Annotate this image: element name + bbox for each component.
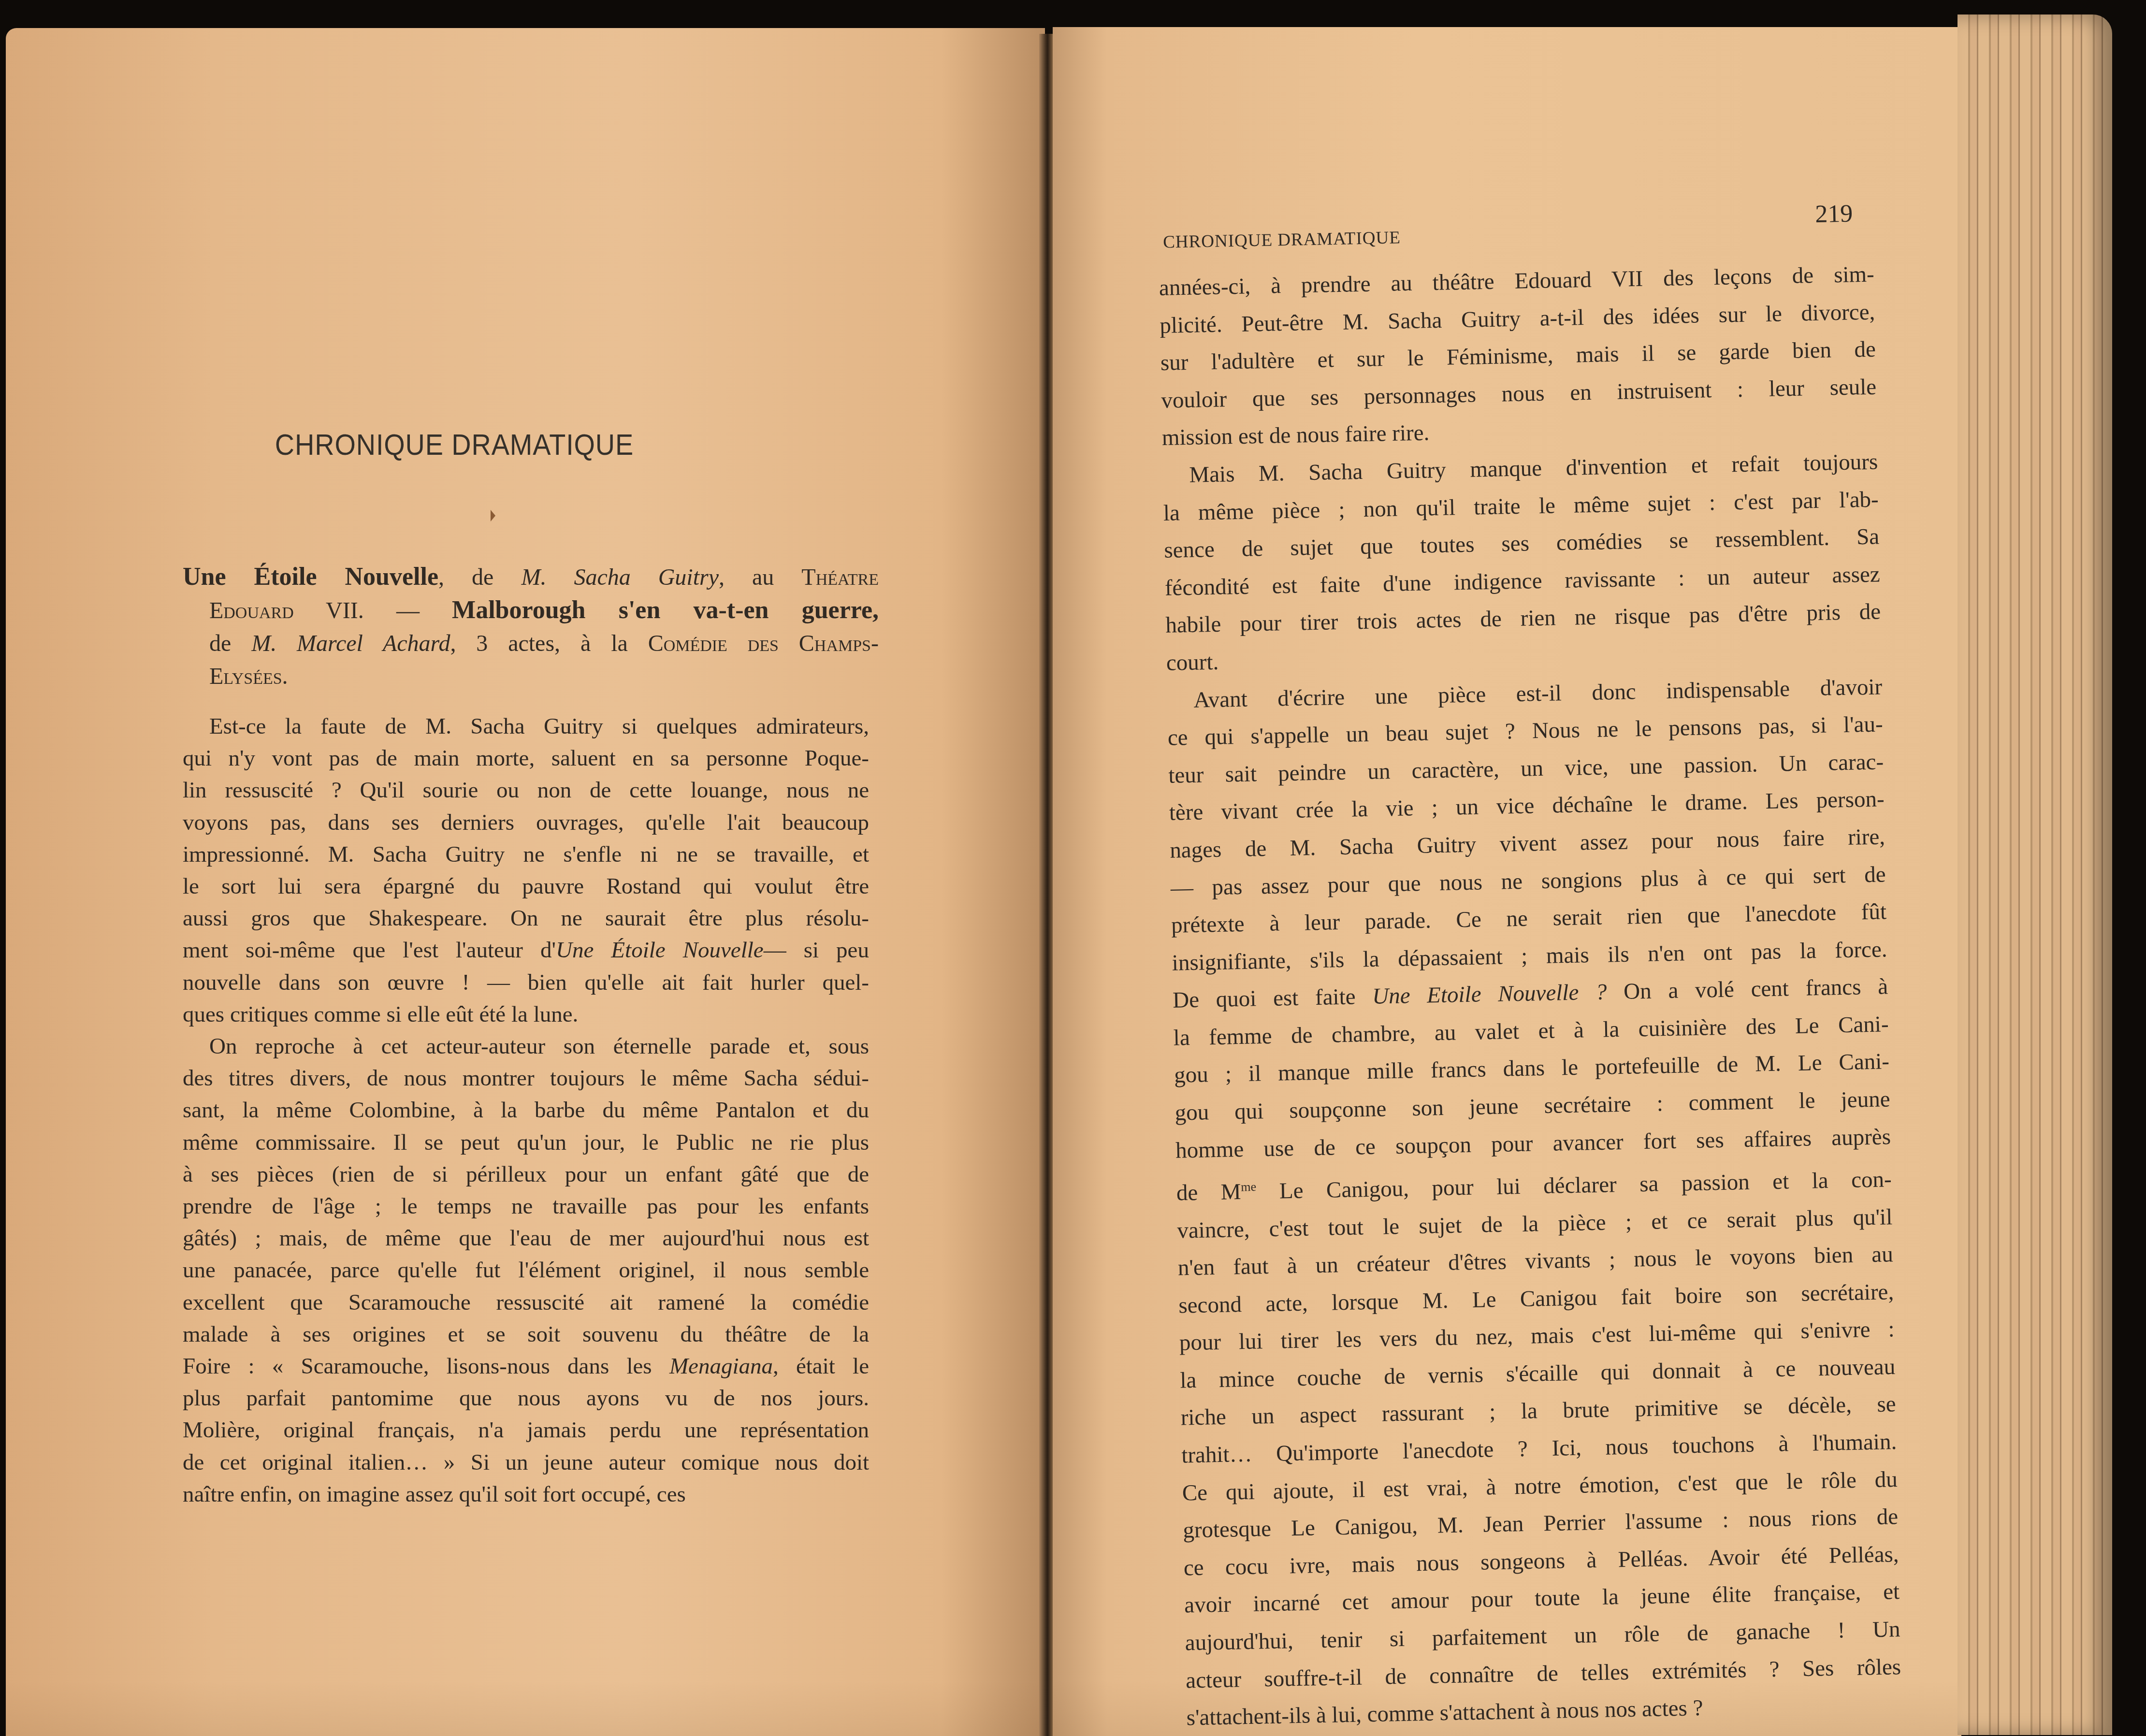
running-head: CHRONIQUE DRAMATIQUE [1163,227,1401,252]
text-segment: teur sait peindre un caractère, un vice,… [1168,749,1884,788]
text-segment: aussi gros que Shakespeare. On ne saurai… [183,906,869,931]
text-line: lin ressuscité ? Qu'il sourie ou non de … [183,774,869,806]
text-line: impressionné. M. Sacha Guitry ne s'enfle… [183,839,869,870]
text-segment: nouvelle dans son œuvre ! — bien qu'elle… [183,970,869,995]
italic-title: Une Étoile Nouvelle [556,938,764,963]
text-segment: , était le [773,1354,869,1379]
heading-text: , 3 actes, à la [450,631,648,656]
text-segment: qui n'y vont pas de main morte, saluent … [183,746,869,771]
text-line: Molière, original français, n'a jamais p… [183,1414,869,1446]
theatre-2: Comédie des Champs- [648,631,879,656]
text-segment: fécondité est faite d'une indigence ravi… [1164,562,1880,600]
text-line: naître enfin, on imagine assez qu'il soi… [183,1478,869,1510]
text-segment: vouloir que ses personnages nous en inst… [1161,374,1877,413]
text-segment: tère vivant crée la vie ; un vice déchaî… [1169,787,1885,825]
heading-text: , au [719,564,801,590]
text-segment: Mais M. Sacha Guitry manque d'invention … [1189,449,1878,487]
text-segment: lin ressuscité ? Qu'il sourie ou non de … [183,778,869,803]
text-line: plus parfait pantomime que nous ayons vu… [183,1382,869,1414]
ornament-icon [491,510,495,521]
chapter-title: CHRONIQUE DRAMATIQUE [45,428,863,462]
right-page-content: CHRONIQUE DRAMATIQUE 219 années-ci, à pr… [1158,199,1913,1517]
page-shading [6,1681,1045,1736]
text-segment: excellent que Scaramouche ressuscité ait… [183,1290,869,1315]
text-segment: ques critiques comme si elle eût été la … [183,1002,578,1027]
text-segment: malade à ses origines et se soit souvenu… [183,1322,869,1347]
text-segment: naître enfin, on imagine assez qu'il soi… [183,1482,686,1507]
text-segment: Ce qui ajoute, il est vrai, à notre émot… [1182,1467,1898,1505]
author-1: M. Sacha Guitry [521,564,719,590]
text-line: voyons pas, dans ses derniers ouvrages, … [183,807,869,839]
text-segment: sur l'adultère et sur le Féminisme, mais… [1160,337,1876,376]
text-line: sant, la même Colombine, à la barbe du m… [183,1094,869,1126]
text-segment: habile pour tirer trois actes de rien ne… [1165,599,1881,638]
text-segment: la mince couche de vernis s'écaille qui … [1180,1354,1896,1393]
play-title-2: Malborough s'en va-t-en guerre, [452,596,879,624]
text-segment: On reproche à cet acteur-auteur son éter… [209,1034,869,1059]
page-number: 219 [1815,199,1853,228]
text-segment: de Mme Le Canigou, pour lui déclarer sa … [1176,1167,1892,1205]
right-body-text: années-ci, à prendre au théâtre Edouard … [1159,256,1902,1736]
text-segment: des titres divers, de nous montrer toujo… [183,1066,869,1091]
text-segment: pour lui tirer les vers du nez, mais c'e… [1179,1316,1895,1355]
text-segment: ce cocu ivre, mais nous songeons à Pellé… [1183,1542,1899,1580]
text-segment: gâtés) ; mais, de même que l'eau de mer … [183,1226,869,1251]
text-segment: plicité. Peut-être M. Sacha Guitry a-t-i… [1160,299,1875,338]
text-segment: années-ci, à prendre au théâtre Edouard … [1159,262,1874,301]
text-segment: la femme de chambre, au valet et à la cu… [1173,1012,1889,1050]
text-line: à ses pièces (rien de si périlleux pour … [183,1158,869,1190]
text-segment: grotesque Le Canigou, M. Jean Perrier l'… [1183,1504,1899,1543]
text-line: ques critiques comme si elle eût été la … [183,998,869,1030]
left-body-text: Est-ce la faute de M. Sacha Guitry si qu… [183,710,869,1510]
superscript: me [1241,1180,1256,1194]
theatre-1: Théatre [801,564,879,590]
heading-text: , de [438,564,521,590]
text-segment: riche un aspect rassurant ; la brute pri… [1180,1392,1896,1431]
text-segment: une panacée, parce qu'elle fut l'élément… [183,1258,869,1283]
text-segment: gou qui soupçonne son jeune secrétaire :… [1174,1086,1890,1125]
text-line: ment soi-même que l'est l'auteur d'Une É… [183,934,869,966]
text-segment: trahit… Qu'importe l'anecdote ? Ici, nou… [1181,1429,1897,1468]
text-line: Est-ce la faute de M. Sacha Guitry si qu… [183,710,869,742]
text-line: On reproche à cet acteur-auteur son éter… [183,1030,869,1062]
text-segment: vaincre, c'est tout le sujet de la pièce… [1177,1204,1893,1243]
text-line: de cet original italien… » Si un jeune a… [183,1447,869,1478]
text-segment: De quoi est faite [1173,984,1373,1013]
italic-title: Une Etoile Nouvelle ? [1372,980,1607,1009]
text-segment: — si peu [764,938,869,963]
text-segment: la même pièce ; non qu'il traite le même… [1163,487,1879,525]
text-segment: le sort lui sera épargné du pauvre Rosta… [183,874,869,899]
theatre-1-cont: Edouard VII. — [209,598,452,623]
text-segment: mission est de nous faire rire. [1161,420,1429,451]
text-segment: ment soi-même que l'est l'auteur d' [183,938,556,963]
text-line: une panacée, parce qu'elle fut l'élément… [183,1254,869,1286]
text-segment: Est-ce la faute de M. Sacha Guitry si qu… [209,714,869,739]
text-line: nouvelle dans son œuvre ! — bien qu'elle… [183,967,869,998]
author-2: M. Marcel Achard [251,631,450,656]
text-segment: Avant d'écrire une pièce est-il donc ind… [1193,674,1883,712]
text-line: aussi gros que Shakespeare. On ne saurai… [183,902,869,934]
text-segment: insignifiante, s'ils la dépassaient ; ma… [1172,937,1887,975]
text-segment: acteur souffre-t-il de connaître de tell… [1186,1654,1901,1693]
text-segment: gou ; il manque mille francs dans le por… [1174,1049,1890,1088]
text-segment: plus parfait pantomime que nous ayons vu… [183,1386,869,1411]
text-line: prendre de l'âge ; le temps ne travaille… [183,1190,869,1222]
text-segment: à ses pièces (rien de si périlleux pour … [183,1162,869,1187]
text-segment: Molière, original français, n'a jamais p… [183,1418,869,1443]
text-segment: On a volé cent francs à [1607,974,1888,1005]
text-segment: sant, la même Colombine, à la barbe du m… [183,1098,869,1123]
italic-title: Menagiana [669,1354,773,1379]
text-segment: Foire : « Scaramouche, lisons-nous dans … [183,1354,669,1379]
text-line: le sort lui sera épargné du pauvre Rosta… [183,870,869,902]
text-segment: second acte, lorsque M. Le Canigou fait … [1178,1279,1894,1318]
text-segment: de cet original italien… » Si un jeune a… [183,1450,869,1475]
text-segment: n'en faut à un créateur d'êtres vivants … [1177,1242,1893,1280]
text-line: même commissaire. Il se peut qu'un jour,… [183,1127,869,1158]
play-title-1: Une Étoile Nouvelle [183,563,438,591]
text-segment: nages de M. Sacha Guitry vivent assez po… [1170,824,1885,863]
text-segment: avoir incarné cet amour pour toute la je… [1184,1579,1900,1618]
heading-text: de [209,631,251,656]
text-segment: aujourd'hui, tenir si parfaitement un rô… [1185,1617,1900,1655]
review-heading: Une Étoile Nouvelle, de M. Sacha Guitry,… [183,561,879,693]
text-segment: même commissaire. Il se peut qu'un jour,… [183,1130,869,1155]
text-line: gâtés) ; mais, de même que l'eau de mer … [183,1222,869,1254]
text-segment: — pas assez pour que nous ne songions pl… [1170,862,1886,900]
text-line: malade à ses origines et se soit souvenu… [183,1318,869,1350]
text-line: excellent que Scaramouche ressuscité ait… [183,1287,869,1318]
text-segment: prétexte à leur parade. Ce ne serait rie… [1171,899,1887,938]
text-line: Foire : « Scaramouche, lisons-nous dans … [183,1350,869,1382]
text-line: des titres divers, de nous montrer toujo… [183,1062,869,1094]
text-segment: ce qui s'appelle un beau sujet ? Nous ne… [1167,712,1883,751]
text-segment: voyons pas, dans ses derniers ouvrages, … [183,810,869,835]
theatre-2-cont: Elysées. [209,664,288,689]
text-segment: sence de sujet que toutes ses comédies s… [1164,524,1880,563]
text-segment: court. [1166,650,1218,676]
text-line: qui n'y vont pas de main morte, saluent … [183,742,869,774]
text-segment: impressionné. M. Sacha Guitry ne s'enfle… [183,842,869,867]
text-segment: prendre de l'âge ; le temps ne travaille… [183,1194,869,1219]
text-segment: s'attachent-ils à lui, comme s'attachent… [1186,1695,1703,1731]
text-segment: homme use de ce soupçon pour avancer for… [1175,1124,1891,1163]
page-stack-edges [1957,14,2112,1735]
